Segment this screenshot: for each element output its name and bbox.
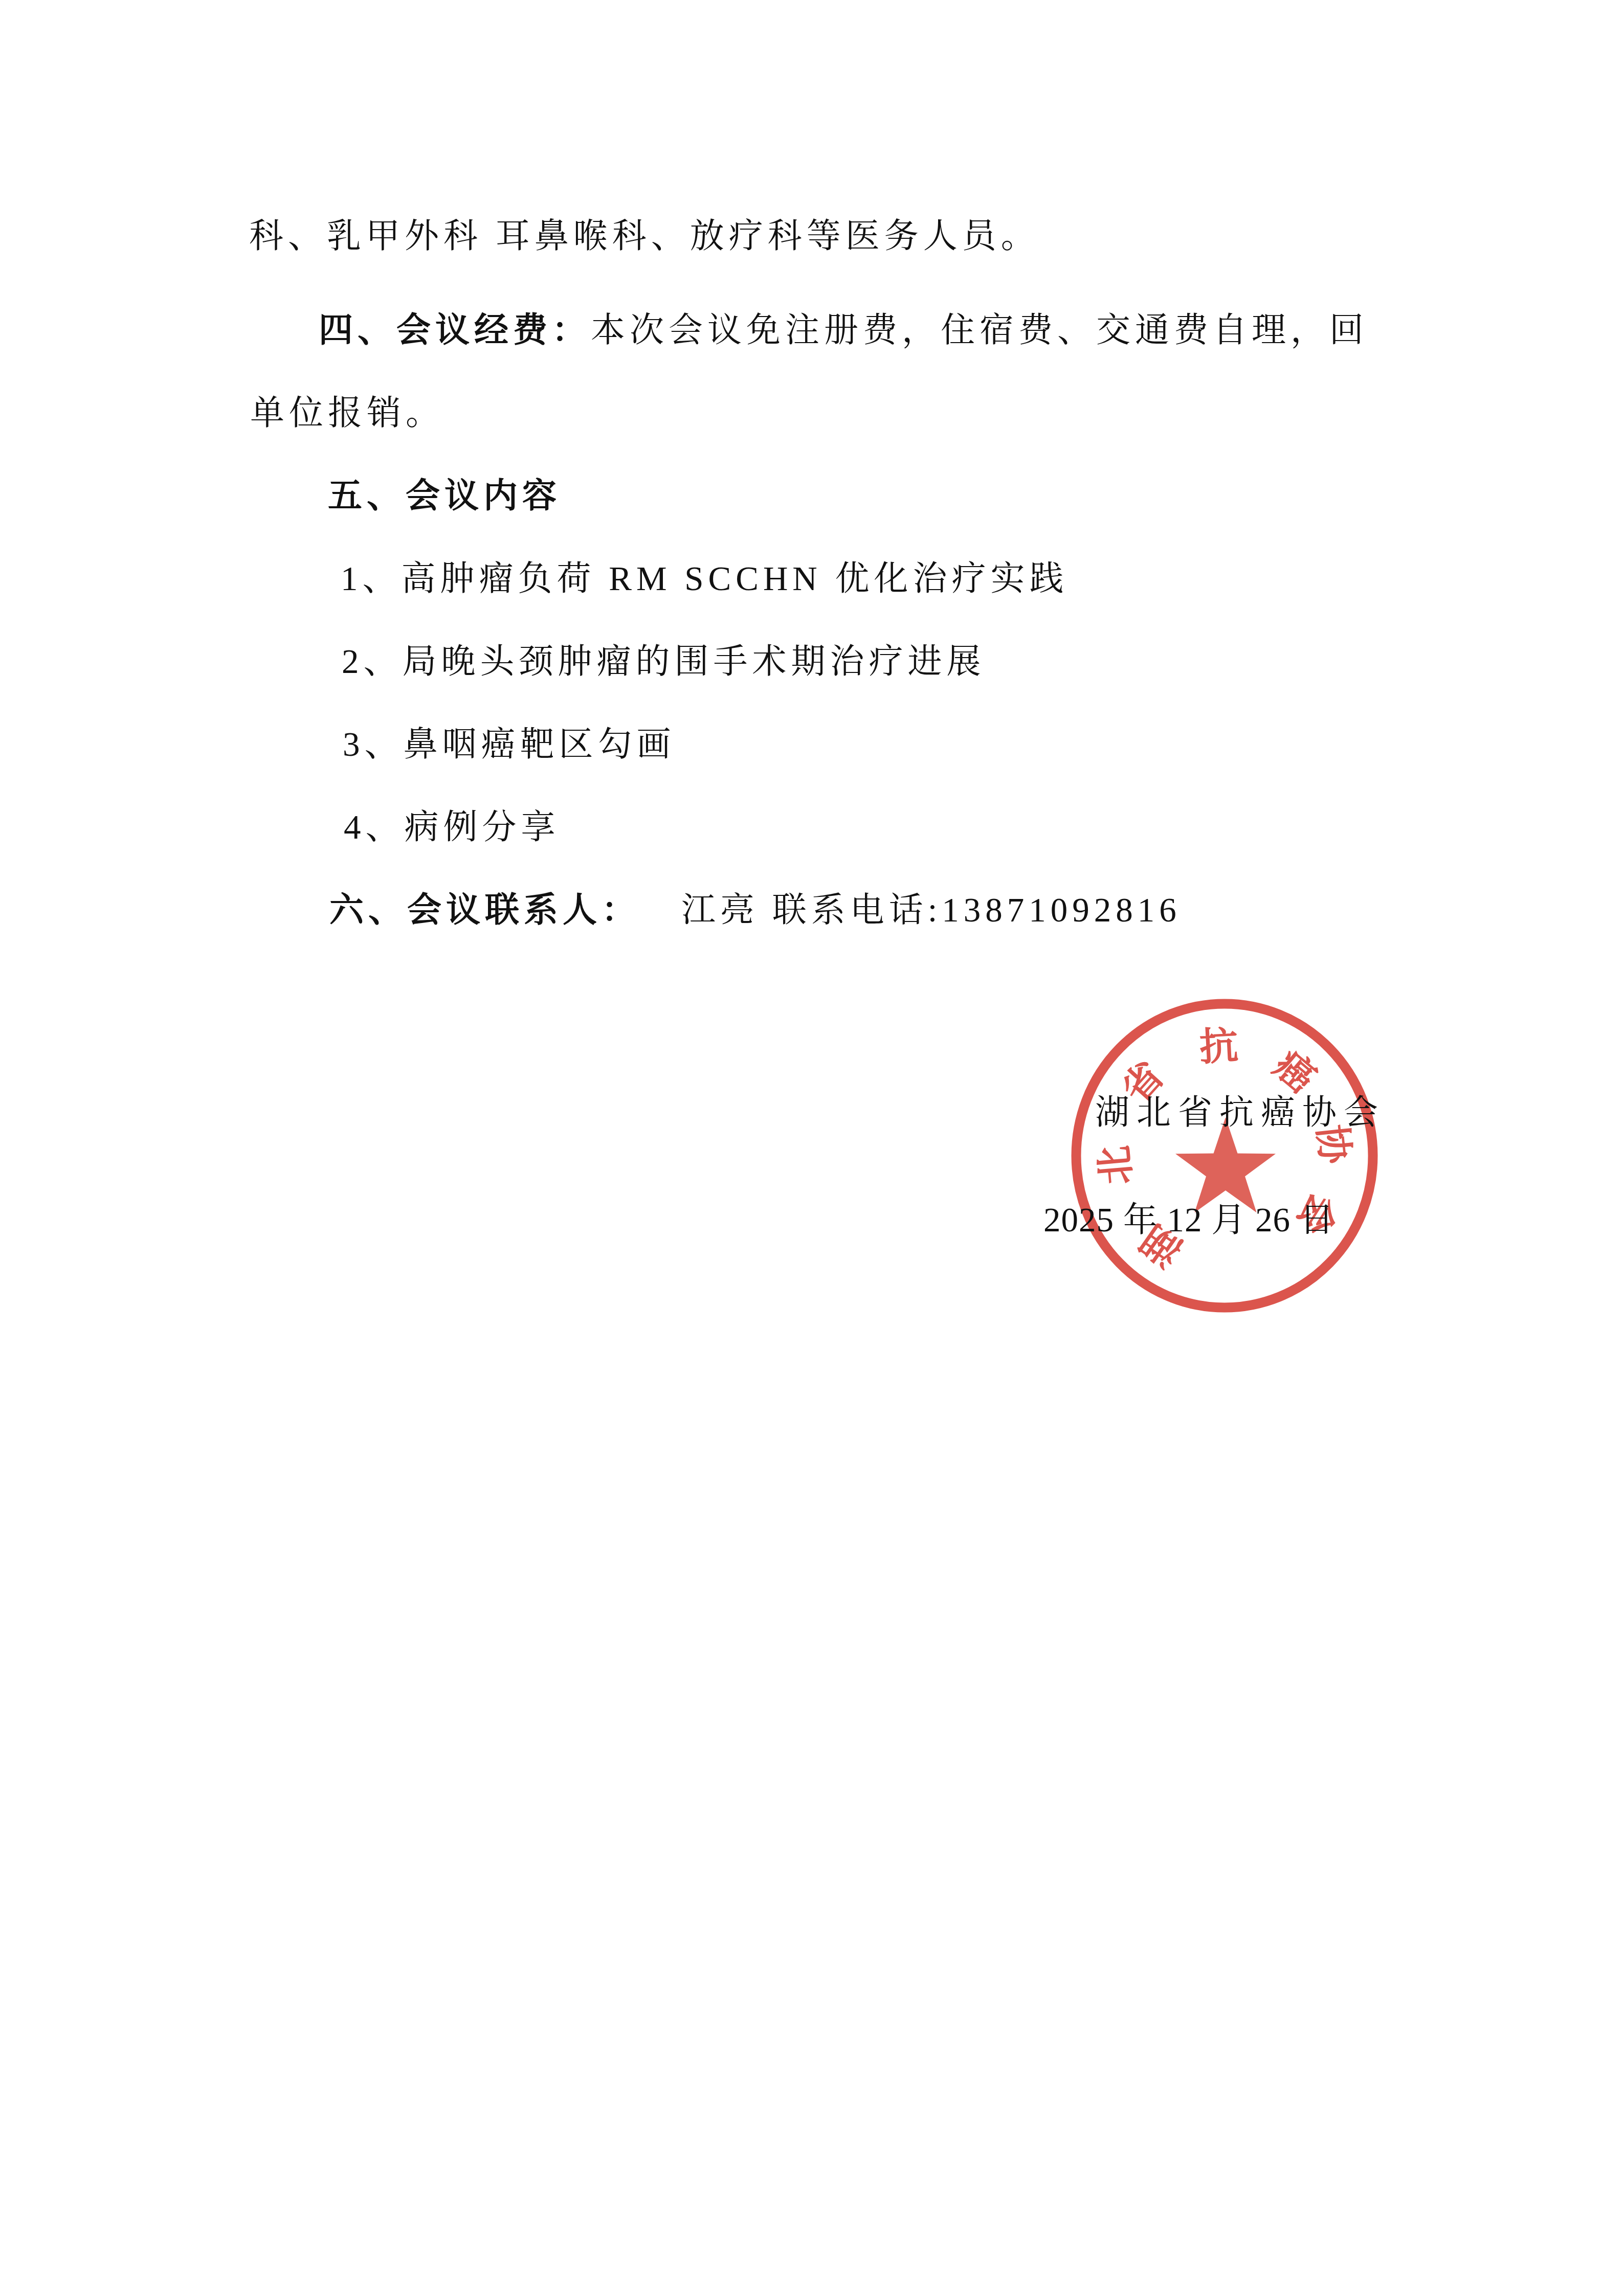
body-text: 科、乳甲外科 耳鼻喉科、放疗科等医务人员。 — [249, 217, 1040, 255]
list-item-1: 1、高肿瘤负荷 RM SCCHN 优化治疗实践 — [341, 560, 1068, 598]
list-item-text: 1、高肿瘤负荷 RM SCCHN 优化治疗实践 — [341, 560, 1068, 598]
contact-info-text: 江亮 联系电话:13871092816 — [681, 891, 1181, 929]
seal-char: 癌 — [1266, 1043, 1323, 1101]
body-text: 本次会议免注册费，住宿费、交通费自理，回 — [591, 311, 1368, 349]
body-text: 单位报销。 — [250, 394, 444, 432]
body-line-attendees: 科、乳甲外科 耳鼻喉科、放疗科等医务人员。 — [249, 218, 1040, 256]
section-heading-label: 五、会议内容 — [328, 477, 561, 515]
section-heading-fees: 四、会议经费：本次会议免注册费，住宿费、交通费自理，回 — [319, 312, 1368, 350]
list-item-3: 3、鼻咽癌靶区勾画 — [343, 726, 676, 764]
section-heading-label: 六、会议联系人： — [329, 891, 640, 929]
list-item-text: 2、局晚头颈肿瘤的围手术期治疗进展 — [342, 643, 986, 681]
list-item-2: 2、局晚头颈肿瘤的围手术期治疗进展 — [342, 643, 986, 681]
list-item-text: 4、病例分享 — [344, 808, 560, 846]
document-page: 湖 北 省 抗 癌 协 会 科、乳甲外科 耳鼻喉科、放疗科等医务人员。 四、会议… — [0, 0, 1624, 2296]
seal-char: 北 — [1093, 1144, 1139, 1186]
seal-char: 抗 — [1198, 1024, 1239, 1069]
section-heading-contact: 六、会议联系人：江亮 联系电话:13871092816 — [329, 892, 1181, 930]
official-seal: 湖 北 省 抗 癌 协 会 — [1069, 996, 1381, 1315]
section-heading-label: 四、会议经费： — [319, 311, 591, 349]
list-item-4: 4、病例分享 — [344, 809, 560, 847]
body-line-reimburse: 单位报销。 — [250, 395, 444, 433]
signature-date: 2025 年 12 月 26 日 — [1043, 1202, 1334, 1240]
list-item-text: 3、鼻咽癌靶区勾画 — [343, 726, 676, 763]
section-heading-content: 五、会议内容 — [328, 478, 561, 515]
signature-org: 湖北省抗癌协会 — [1095, 1094, 1385, 1132]
